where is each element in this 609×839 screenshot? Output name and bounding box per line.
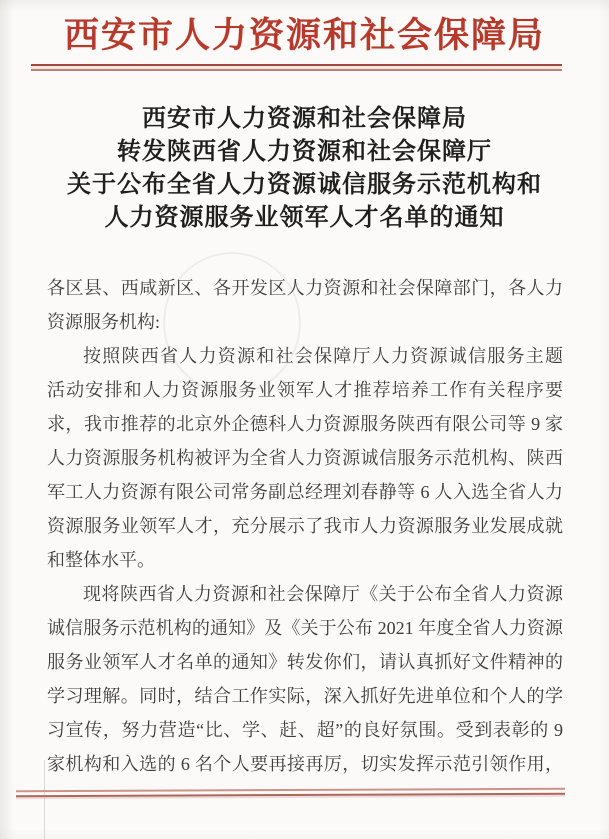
title-line-1: 西安市人力资源和社会保障局 [0, 103, 609, 136]
body-line: 活动安排和人力资源服务业领军人才推荐培养工作有关程序要 [47, 373, 563, 407]
body-line: 学习理解。同时，结合工作实际，深入抓好先进单位和个人的学 [47, 679, 563, 713]
body-line: 服务业领军人才名单的通知》转发你们，请认真抓好文件精神的 [47, 645, 563, 679]
body-line: 诚信服务示范机构的通知》及《关于公布 2021 年度全省人力资源 [47, 611, 563, 645]
letterhead-divider [31, 64, 562, 71]
body-line: 现将陕西省人力资源和社会保障厅《关于公布全省人力资源 [47, 577, 563, 611]
title-line-4: 人力资源服务业领军人才名单的通知 [0, 202, 609, 235]
body-line: 习宣传，努力营造“比、学、赶、超”的良好氛围。受到表彰的 9 [47, 713, 563, 747]
title-line-3: 关于公布全省人力资源诚信服务示范机构和 [0, 169, 609, 202]
body-line: 求，我市推荐的北京外企德科人力资源服务陕西有限公司等 9 家 [47, 407, 563, 441]
body-line: 和整体水平。 [47, 543, 563, 577]
body-line: 资源服务业领军人才，充分展示了我市人力资源服务业发展成就 [47, 509, 563, 543]
document-body: 各区县、西咸新区、各开发区人力资源和社会保障部门，各人力资源服务机构:按照陕西省… [47, 271, 563, 781]
letterhead-title: 西安市人力资源和社会保障局 [0, 0, 609, 58]
body-line: 各区县、西咸新区、各开发区人力资源和社会保障部门，各人力 [47, 271, 563, 305]
body-line: 按照陕西省人力资源和社会保障厅人力资源诚信服务主题 [47, 339, 563, 373]
scanned-notice-page: 西安市人力资源和社会保障局 西安市人力资源和社会保障局 转发陕西省人力资源和社会… [0, 0, 609, 839]
body-line: 家机构和入选的 6 名个人要再接再厉，切实发挥示范引领作用， [47, 747, 563, 781]
document-title: 西安市人力资源和社会保障局 转发陕西省人力资源和社会保障厅 关于公布全省人力资源… [0, 103, 609, 235]
body-line: 资源服务机构: [47, 305, 563, 339]
title-line-2: 转发陕西省人力资源和社会保障厅 [0, 136, 609, 169]
paper-crease-line [44, 760, 45, 839]
letterhead-divider-bottom-rule [31, 69, 562, 71]
body-line: 人力资源服务机构被评为全省人力资源诚信服务示范机构、陕西 [47, 441, 563, 475]
body-line: 军工人力资源有限公司常务副总经理刘春静等 6 人入选全省人力 [47, 475, 563, 509]
bottom-divider [16, 788, 565, 799]
